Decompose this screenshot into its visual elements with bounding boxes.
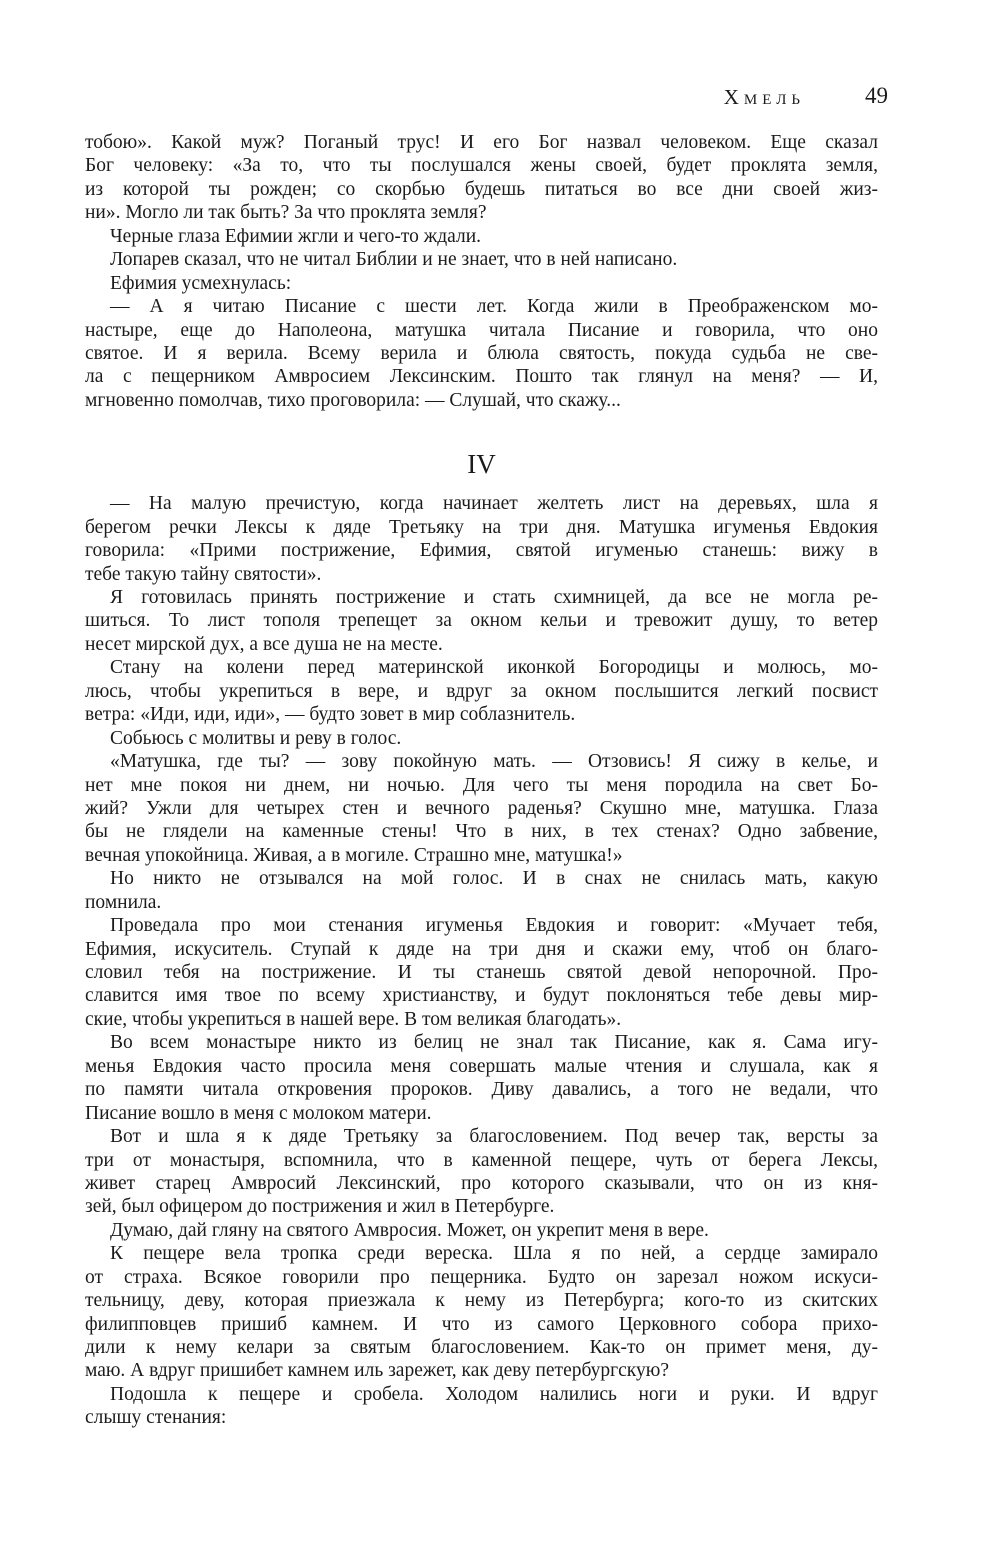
text-line: словил тебя на пострижение. И ты станешь… bbox=[85, 961, 878, 984]
text-line: шиться. То лист тополя трепещет за окном… bbox=[85, 609, 878, 632]
text-line: несет мирской дух, а все душа не на мест… bbox=[85, 633, 878, 656]
text-line: Собьюсь с молитвы и реву в голос. bbox=[85, 727, 878, 750]
paragraph: Черные глаза Ефимии жгли и чего-то ждали… bbox=[85, 225, 878, 248]
text-column: тобою». Какой муж? Поганый трус! И его Б… bbox=[85, 131, 878, 1430]
text-line: Бог человеку: «За то, что ты послушался … bbox=[85, 154, 878, 177]
text-line: из которой ты рожден; со скорбью будешь … bbox=[85, 178, 878, 201]
text-line: мгновенно помолчав, тихо проговорила: — … bbox=[85, 389, 878, 412]
running-title: Хмель bbox=[724, 87, 805, 108]
section-heading: IV bbox=[85, 451, 878, 478]
text-line: жий? Ужли для четырех стен и вечного рад… bbox=[85, 797, 878, 820]
text-line: Ефимия, искуситель. Ступай к дяде на три… bbox=[85, 938, 878, 961]
text-line: Ефимия усмехнулась: bbox=[85, 272, 878, 295]
text-line: ские, чтобы укрепиться в нашей вере. В т… bbox=[85, 1008, 878, 1031]
paragraph: Проведала про мои стенания игуменья Евдо… bbox=[85, 914, 878, 1031]
text-line: святое. И я верила. Всему верила и блюла… bbox=[85, 342, 878, 365]
text-line: филипповцев пришиб камнем. И что из само… bbox=[85, 1313, 878, 1336]
text-line: Лопарев сказал, что не читал Библии и не… bbox=[85, 248, 878, 271]
text-line: настыре, еще до Наполеона, матушка читал… bbox=[85, 319, 878, 342]
text-line: тебе такую тайну святости». bbox=[85, 563, 878, 586]
paragraph: «Матушка, где ты? — зову покойную мать. … bbox=[85, 750, 878, 867]
text-line: ни». Могло ли так быть? За что проклята … bbox=[85, 201, 878, 224]
paragraph: К пещере вела тропка среди вереска. Шла … bbox=[85, 1242, 878, 1383]
text-line: ла с пещерником Амвросием Лексинским. По… bbox=[85, 365, 878, 388]
text-line: Черные глаза Ефимии жгли и чего-то ждали… bbox=[85, 225, 878, 248]
text-line: «Матушка, где ты? — зову покойную мать. … bbox=[85, 750, 878, 773]
paragraph: тобою». Какой муж? Поганый трус! И его Б… bbox=[85, 131, 878, 225]
page: Хмель 49 тобою». Какой муж? Поганый трус… bbox=[0, 0, 1000, 1552]
text-line: дили к нему келари за святым благословен… bbox=[85, 1336, 878, 1359]
text-line: говорила: «Прими пострижение, Ефимия, св… bbox=[85, 539, 878, 562]
paragraph: Вот и шла я к дяде Третьяку за благослов… bbox=[85, 1125, 878, 1219]
text-line: живет старец Амвросий Лексинский, про ко… bbox=[85, 1172, 878, 1195]
text-block-before-heading: тобою». Какой муж? Поганый трус! И его Б… bbox=[85, 131, 878, 412]
running-head: Хмель 49 bbox=[0, 84, 1000, 112]
book-page-scan: { "colors": { "background": "#ffffff", "… bbox=[0, 0, 1000, 1552]
text-line: славится имя твое по всему христианству,… bbox=[85, 984, 878, 1007]
page-number: 49 bbox=[865, 84, 888, 108]
text-line: К пещере вела тропка среди вереска. Шла … bbox=[85, 1242, 878, 1265]
text-line: Писание вошло в меня с молоком матери. bbox=[85, 1102, 878, 1125]
text-line: от страха. Всякое говорили про пещерника… bbox=[85, 1266, 878, 1289]
text-line: Думаю, дай гляну на святого Амвросия. Мо… bbox=[85, 1219, 878, 1242]
paragraph: — На малую пречистую, когда начинает жел… bbox=[85, 492, 878, 586]
text-line: — А я читаю Писание с шести лет. Когда ж… bbox=[85, 295, 878, 318]
paragraph: Собьюсь с молитвы и реву в голос. bbox=[85, 727, 878, 750]
text-line: тельницу, деву, которая приезжала к нему… bbox=[85, 1289, 878, 1312]
paragraph: — А я читаю Писание с шести лет. Когда ж… bbox=[85, 295, 878, 412]
text-line: ветра: «Иди, иди, иди», — будто зовет в … bbox=[85, 703, 878, 726]
text-line: зей, был офицером до пострижения и жил в… bbox=[85, 1195, 878, 1218]
paragraph: Подошла к пещере и сробела. Холодом нали… bbox=[85, 1383, 878, 1430]
text-line: — На малую пречистую, когда начинает жел… bbox=[85, 492, 878, 515]
text-line: менья Евдокия часто просила меня соверша… bbox=[85, 1055, 878, 1078]
paragraph: Я готовилась принять пострижение и стать… bbox=[85, 586, 878, 656]
text-line: тобою». Какой муж? Поганый трус! И его Б… bbox=[85, 131, 878, 154]
text-line: помнила. bbox=[85, 891, 878, 914]
text-line: берегом речки Лексы к дяде Третьяку на т… bbox=[85, 516, 878, 539]
text-line: Проведала про мои стенания игуменья Евдо… bbox=[85, 914, 878, 937]
text-line: три от монастыря, вспомнила, что в камен… bbox=[85, 1149, 878, 1172]
paragraph: Ефимия усмехнулась: bbox=[85, 272, 878, 295]
text-line: маю. А вдруг пришибет камнем иль зарежет… bbox=[85, 1359, 878, 1382]
text-line: Стану на колени перед материнской иконко… bbox=[85, 656, 878, 679]
text-line: вечная упокойница. Живая, а в могиле. Ст… bbox=[85, 844, 878, 867]
paragraph: Стану на колени перед материнской иконко… bbox=[85, 656, 878, 726]
text-line: Во всем монастыре никто из белиц не знал… bbox=[85, 1031, 878, 1054]
text-line: Подошла к пещере и сробела. Холодом нали… bbox=[85, 1383, 878, 1406]
paragraph: Лопарев сказал, что не читал Библии и не… bbox=[85, 248, 878, 271]
paragraph: Думаю, дай гляну на святого Амвросия. Мо… bbox=[85, 1219, 878, 1242]
text-line: Я готовилась принять пострижение и стать… bbox=[85, 586, 878, 609]
paragraph: Во всем монастыре никто из белиц не знал… bbox=[85, 1031, 878, 1125]
text-line: слышу стенания: bbox=[85, 1406, 878, 1429]
text-line: люсь, чтобы укрепиться в вере, и вдруг з… bbox=[85, 680, 878, 703]
text-line: нет мне покоя ни днем, ни ночью. Для чег… bbox=[85, 774, 878, 797]
text-block-after-heading: — На малую пречистую, когда начинает жел… bbox=[85, 492, 878, 1430]
text-line: Вот и шла я к дяде Третьяку за благослов… bbox=[85, 1125, 878, 1148]
paragraph: Но никто не отзывался на мой голос. И в … bbox=[85, 867, 878, 914]
text-line: бы не глядели на каменные стены! Что в н… bbox=[85, 820, 878, 843]
text-line: по памяти читала откровения пророков. Ди… bbox=[85, 1078, 878, 1101]
text-line: Но никто не отзывался на мой голос. И в … bbox=[85, 867, 878, 890]
